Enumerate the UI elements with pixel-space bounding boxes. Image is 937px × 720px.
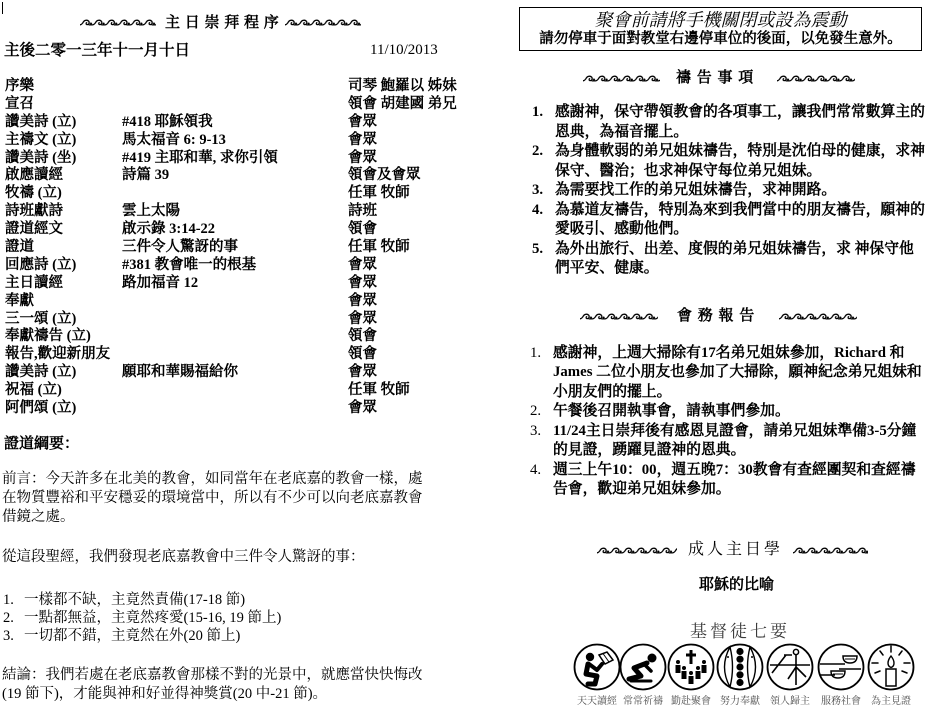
program-item: 詩班獻詩 xyxy=(5,203,63,221)
ornament-icon xyxy=(777,74,855,83)
sermon-transition: 從這段聖經，我們發現老底嘉教會中三件令人驚訝的事： xyxy=(2,548,365,567)
item-line: 保守、醫治；也求神保守每位弟兄姐妹。 xyxy=(555,162,925,182)
adult-sunday-school-heading: 成人主日學 xyxy=(688,540,783,560)
program-row: 證道經文啟示錄 3:14-22領會 xyxy=(0,221,470,239)
ornament-icon xyxy=(779,312,857,321)
item-number: 4. xyxy=(532,201,555,240)
item-number: 2. xyxy=(530,402,553,421)
ornament-icon xyxy=(80,18,156,27)
program-item: 讚美詩 (坐) xyxy=(5,150,76,168)
program-detail: 馬太福音 6: 9-13 xyxy=(122,132,226,150)
item-line: 小朋友們的擺上。 xyxy=(553,383,922,402)
program-leader: 領會 xyxy=(348,328,377,346)
item-line: 為慕道友禱告，特別為來到我們當中的朋友禱告，願神的 xyxy=(555,201,925,221)
ornament-icon xyxy=(285,18,361,27)
program-detail: 雲上太陽 xyxy=(122,203,180,221)
text-cursor xyxy=(2,2,3,14)
program-leader: 會眾 xyxy=(348,132,377,150)
phone-notice: 聚會前請將手機關閉或設為震動 xyxy=(520,8,921,30)
item-line: 的見證，踴躍見證神的恩典。 xyxy=(553,441,916,460)
item-line: 告會，歡迎弟兄姐妹參加。 xyxy=(553,480,916,499)
program-row: 主日讀經路加福音 12會眾 xyxy=(0,275,470,293)
point-number: 1. xyxy=(3,591,24,609)
point-number: 2. xyxy=(3,609,24,627)
conclusion-line: (19 節下)，才能與神和好並得神獎賞(20 中-21 節)。 xyxy=(2,685,423,704)
program-item: 牧禱 (立) xyxy=(5,185,62,203)
prayer-list: 1. 感謝神，保守帶領教會的各項事工，讓我們常常數算主的恩典，為福音擺上。 2.… xyxy=(532,103,925,279)
program-row: 宣召領會 胡建國 弟兄 xyxy=(0,96,470,114)
program-detail: 啟示錄 3:14-22 xyxy=(122,221,215,239)
program-leader: 會眾 xyxy=(348,150,377,168)
item-number: 1. xyxy=(532,103,555,142)
program-leader: 領會 xyxy=(348,221,377,239)
program-item: 報告,歡迎新朋友 xyxy=(5,346,110,364)
item-number: 5. xyxy=(532,240,555,279)
program-detail: #419 主耶和華, 求你引領 xyxy=(122,150,278,168)
intro-line: 在物質豐裕和平安穩妥的環境當中，所以有不少可以向老底嘉教會 xyxy=(2,489,423,508)
program-leader: 詩班 xyxy=(348,203,377,221)
prayer-icon xyxy=(619,643,667,691)
church-attendance-icon xyxy=(667,643,715,691)
intro-line: 前言：今天許多在北美的教會，如同當年在老底嘉的教會一樣，處 xyxy=(2,470,423,489)
program-item: 主日讀經 xyxy=(5,275,63,293)
program-leader: 會眾 xyxy=(348,311,377,329)
point-number: 3. xyxy=(3,627,24,645)
program-leader: 任軍 牧師 xyxy=(348,382,410,400)
date: 11/10/2013 xyxy=(370,41,438,60)
item-line: 11/24主日崇拜後有感恩見證會，請弟兄姐妹準備3-5分鐘 xyxy=(553,422,916,441)
icon-label: 為主見證 xyxy=(863,695,919,709)
program-item: 回應詩 (立) xyxy=(5,257,76,275)
icon-label: 服務社會 xyxy=(813,695,869,709)
icon-label: 領人歸主 xyxy=(762,695,818,709)
program-row: 主禱文 (立)馬太福音 6: 9-13會眾 xyxy=(0,132,470,150)
program-row: 啟應讀經詩篇 39領會及會眾 xyxy=(0,167,470,185)
program-detail: 路加福音 12 xyxy=(122,275,198,293)
program-item: 啟應讀經 xyxy=(5,167,63,185)
item-line: 為外出旅行、出差、度假的弟兄姐妹禱告，求 神保守他 xyxy=(555,240,914,260)
program-detail: #381 教會唯一的根基 xyxy=(122,257,256,275)
program-detail: 三件令人驚訝的事 xyxy=(122,239,238,257)
program-leader: 會眾 xyxy=(348,293,377,311)
ornament-icon xyxy=(597,546,677,555)
sermon-point: 3.一切都不錯，主竟然在外(20 節上) xyxy=(3,627,281,645)
program-leader: 會眾 xyxy=(348,364,377,382)
program-leader: 領會及會眾 xyxy=(348,167,421,185)
sermon-conclusion: 結論：我們若處在老底嘉教會那樣不對的光景中，就應當快快悔改 (19 節下)，才能… xyxy=(2,666,423,704)
program-row: 詩班獻詩雲上太陽詩班 xyxy=(0,203,470,221)
sermon-points: 1.一樣都不缺，主竟然責備(17-18 節) 2.一點都無益，主竟然疼愛(15-… xyxy=(3,591,281,645)
offering-icon xyxy=(716,643,764,691)
point-text: 一點都無益，主竟然疼愛(15-16, 19 節上) xyxy=(24,609,281,627)
program-leader: 會眾 xyxy=(348,400,377,418)
program-row: 讚美詩 (立)#418 耶穌領我會眾 xyxy=(0,114,470,132)
announcements-heading: 會 務 報 告 xyxy=(677,306,755,326)
item-line: 午餐後召開執事會，請執事們參加。 xyxy=(553,402,790,421)
item-line: James 二位小朋友也參加了大掃除，願神紀念弟兄姐妹和 xyxy=(553,363,922,382)
announcement-item: 3. 11/24主日崇拜後有感恩見證會，請弟兄姐妹準備3-5分鐘的見證，踴躍見證… xyxy=(530,422,922,461)
program-item: 奉獻禱告 (立) xyxy=(5,328,91,346)
prayer-item: 5. 為外出旅行、出差、度假的弟兄姐妹禱告，求 神保守他們平安、健康。 xyxy=(532,240,925,279)
sermon-outline-heading: 證道綱要： xyxy=(4,435,79,453)
program-item: 證道 xyxy=(5,239,34,257)
conclusion-line: 結論：我們若處在老底嘉教會那樣不對的光景中，就應當快快悔改 xyxy=(2,666,423,685)
program-leader: 會眾 xyxy=(348,275,377,293)
date-chinese: 主後二零一三年十一月十日 xyxy=(4,41,190,60)
item-number: 4. xyxy=(530,461,553,500)
sermon-intro: 前言：今天許多在北美的教會，如同當年在老底嘉的教會一樣，處 在物質豐裕和平安穩妥… xyxy=(2,470,423,527)
item-line: 感謝神，上週大掃除有17名弟兄姐妹參加，Richard 和 xyxy=(553,344,922,363)
program-leader: 任軍 牧師 xyxy=(348,239,410,257)
worship-program: 序樂司琴 鮑羅以 姊妹 宣召領會 胡建國 弟兄 讚美詩 (立)#418 耶穌領我… xyxy=(0,78,470,418)
program-row: 三一頌 (立)會眾 xyxy=(0,311,470,329)
notice-box: 聚會前請將手機關閉或設為震動 請勿停車于面對教堂右邊停車位的後面，以免發生意外。 xyxy=(519,7,922,51)
prayer-item: 3. 為需要找工作的弟兄姐妹禱告，求神開路。 xyxy=(532,181,925,201)
program-row: 奉獻禱告 (立)領會 xyxy=(0,328,470,346)
sunday-school-topic: 耶穌的比喻 xyxy=(699,575,774,595)
program-row: 奉獻會眾 xyxy=(0,293,470,311)
icon-label: 努力奉獻 xyxy=(712,695,768,709)
program-item: 祝福 (立) xyxy=(5,382,62,400)
intro-line: 借鏡之處。 xyxy=(2,508,423,527)
item-number: 3. xyxy=(532,181,555,201)
transition-line: 從這段聖經，我們發現老底嘉教會中三件令人驚訝的事： xyxy=(2,548,365,567)
program-leader: 領會 xyxy=(348,346,377,364)
program-leader: 任軍 牧師 xyxy=(348,185,410,203)
document-page[interactable]: { "left": { "title": "主 日 崇 拜 程 序", "dat… xyxy=(0,0,937,720)
item-line: 恩典，為福音擺上。 xyxy=(555,123,925,143)
program-detail: 願耶和華賜福給你 xyxy=(122,364,238,382)
program-row: 回應詩 (立)#381 教會唯一的根基會眾 xyxy=(0,257,470,275)
program-row: 牧禱 (立)任軍 牧師 xyxy=(0,185,470,203)
evangelism-icon xyxy=(766,643,814,691)
program-item: 讚美詩 (立) xyxy=(5,114,76,132)
prayer-heading: 禱 告 事 項 xyxy=(676,68,754,88)
announcement-item: 1. 感謝神，上週大掃除有17名弟兄姐妹參加，Richard 和James 二位… xyxy=(530,344,922,402)
item-number: 2. xyxy=(532,142,555,181)
seven-essentials-title: 基督徒七要 xyxy=(690,622,790,642)
program-row: 讚美詩 (立)願耶和華賜福給你會眾 xyxy=(0,364,470,382)
ornament-icon xyxy=(580,312,658,321)
program-leader: 會眾 xyxy=(348,114,377,132)
program-item: 阿們頌 (立) xyxy=(5,400,76,418)
prayer-item: 2. 為身體軟弱的弟兄姐妹禱告，特別是沈伯母的健康，求神保守、醫治；也求神保守每… xyxy=(532,142,925,181)
program-item: 三一頌 (立) xyxy=(5,311,76,329)
program-row: 讚美詩 (坐)#419 主耶和華, 求你引領會眾 xyxy=(0,150,470,168)
program-item: 序樂 xyxy=(5,78,34,96)
prayer-item: 1. 感謝神，保守帶領教會的各項事工，讓我們常常數算主的恩典，為福音擺上。 xyxy=(532,103,925,142)
item-line: 為身體軟弱的弟兄姐妹禱告，特別是沈伯母的健康，求神 xyxy=(555,142,925,162)
item-line: 感謝神，保守帶領教會的各項事工，讓我們常常數算主的 xyxy=(555,103,925,123)
program-item: 讚美詩 (立) xyxy=(5,364,76,382)
program-item: 證道經文 xyxy=(5,221,63,239)
program-leader: 司琴 鮑羅以 姊妹 xyxy=(348,78,457,96)
program-row: 祝福 (立)任軍 牧師 xyxy=(0,382,470,400)
worship-order-title: 主 日 崇 拜 程 序 xyxy=(165,13,279,33)
item-number: 1. xyxy=(530,344,553,402)
program-item: 主禱文 (立) xyxy=(5,132,76,150)
point-text: 一切都不錯，主竟然在外(20 節上) xyxy=(24,627,240,645)
item-line: 為需要找工作的弟兄姐妹禱告，求神開路。 xyxy=(555,181,836,201)
program-item: 宣召 xyxy=(5,96,34,114)
announcement-item: 4. 週三上午10：00，週五晚7：30教會有查經團契和查經禱告會，歡迎弟兄姐妹… xyxy=(530,461,922,500)
announcement-item: 2. 午餐後召開執事會，請執事們參加。 xyxy=(530,402,922,421)
sermon-point: 1.一樣都不缺，主竟然責備(17-18 節) xyxy=(3,591,281,609)
program-detail: 詩篇 39 xyxy=(122,167,169,185)
item-line: 們平安、健康。 xyxy=(555,259,914,279)
program-row: 證道三件令人驚訝的事任軍 牧師 xyxy=(0,239,470,257)
sermon-point: 2.一點都無益，主竟然疼愛(15-16, 19 節上) xyxy=(3,609,281,627)
parking-notice: 請勿停車于面對教堂右邊停車位的後面，以免發生意外。 xyxy=(520,30,921,49)
program-row: 報告,歡迎新朋友領會 xyxy=(0,346,470,364)
icon-label: 勤赴聚會 xyxy=(663,695,719,709)
program-leader: 領會 胡建國 弟兄 xyxy=(348,96,457,114)
bible-reading-icon xyxy=(573,643,621,691)
announcements-list: 1. 感謝神，上週大掃除有17名弟兄姐妹參加，Richard 和James 二位… xyxy=(530,344,922,500)
program-row: 阿們頌 (立)會眾 xyxy=(0,400,470,418)
item-line: 愛吸引、感動他們。 xyxy=(555,220,925,240)
program-detail: #418 耶穌領我 xyxy=(122,114,213,132)
point-text: 一樣都不缺，主竟然責備(17-18 節) xyxy=(24,591,245,609)
program-item: 奉獻 xyxy=(5,293,34,311)
program-row: 序樂司琴 鮑羅以 姊妹 xyxy=(0,78,470,96)
prayer-item: 4. 為慕道友禱告，特別為來到我們當中的朋友禱告，願神的愛吸引、感動他們。 xyxy=(532,201,925,240)
service-icon xyxy=(817,643,865,691)
item-line: 週三上午10：00，週五晚7：30教會有查經團契和查經禱 xyxy=(553,461,916,480)
ornament-icon xyxy=(793,546,868,555)
candle-witness-icon xyxy=(867,643,915,691)
ornament-icon xyxy=(583,74,660,83)
program-leader: 會眾 xyxy=(348,257,377,275)
item-number: 3. xyxy=(530,422,553,461)
